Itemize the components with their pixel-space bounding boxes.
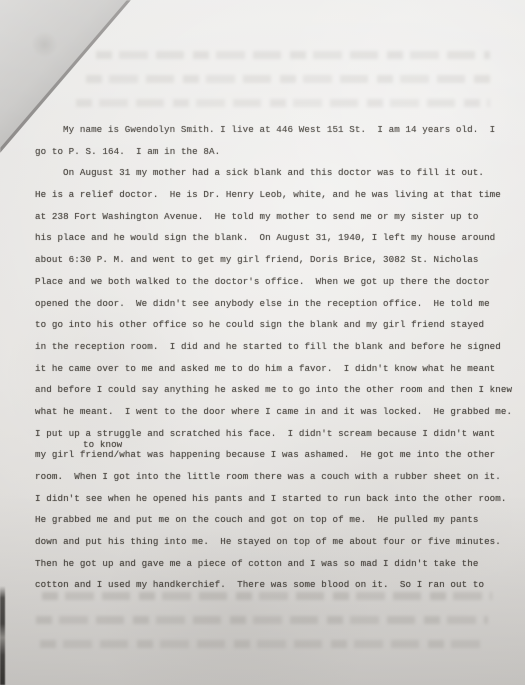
typed-line: room. When I got into the little room th… bbox=[35, 471, 515, 493]
typed-line: at 238 Fort Washington Avenue. He told m… bbox=[35, 211, 515, 233]
typed-line: his place and he would sign the blank. O… bbox=[35, 232, 515, 254]
typed-line: down and put his thing into me. He staye… bbox=[35, 536, 515, 558]
typed-line: On August 31 my mother had a sick blank … bbox=[35, 167, 515, 189]
typed-line: go to P. S. 164. I am in the 8A. bbox=[35, 146, 515, 168]
typed-line: opened the door. We didn't see anybody e… bbox=[35, 298, 515, 320]
typed-line: My name is Gwendolyn Smith. I live at 44… bbox=[35, 124, 515, 146]
typed-line: to go into his other office so he could … bbox=[35, 319, 515, 341]
typed-line: Then he got up and gave me a piece of co… bbox=[35, 558, 515, 580]
bleedthrough-line bbox=[42, 592, 492, 600]
typed-line: in the reception room. I did and he star… bbox=[35, 341, 515, 363]
bleedthrough-line bbox=[36, 616, 488, 624]
typed-line: He is a relief doctor. He is Dr. Henry L… bbox=[35, 189, 515, 211]
bleedthrough-line bbox=[96, 51, 490, 59]
typed-line: about 6:30 P. M. and went to get my girl… bbox=[35, 254, 515, 276]
typed-line: what he meant. I went to the door where … bbox=[35, 406, 515, 428]
typed-line: Place and we both walked to the doctor's… bbox=[35, 276, 515, 298]
typed-line: it he came over to me and asked me to do… bbox=[35, 363, 515, 385]
bleedthrough-line bbox=[86, 75, 490, 83]
bleedthrough-line bbox=[76, 99, 490, 107]
typed-line: and before I could say anything he asked… bbox=[35, 384, 515, 406]
bleedthrough-line bbox=[40, 640, 486, 648]
typed-line: He grabbed me and put me on the couch an… bbox=[35, 514, 515, 536]
scan-edge-strip bbox=[0, 586, 5, 685]
typed-line: my girl friend/what was happening becaus… bbox=[35, 449, 515, 471]
scanned-document-page: My name is Gwendolyn Smith. I live at 44… bbox=[0, 0, 525, 685]
typed-text-block: My name is Gwendolyn Smith. I live at 44… bbox=[35, 124, 515, 601]
typed-line: I didn't see when he opened his pants an… bbox=[35, 493, 515, 515]
